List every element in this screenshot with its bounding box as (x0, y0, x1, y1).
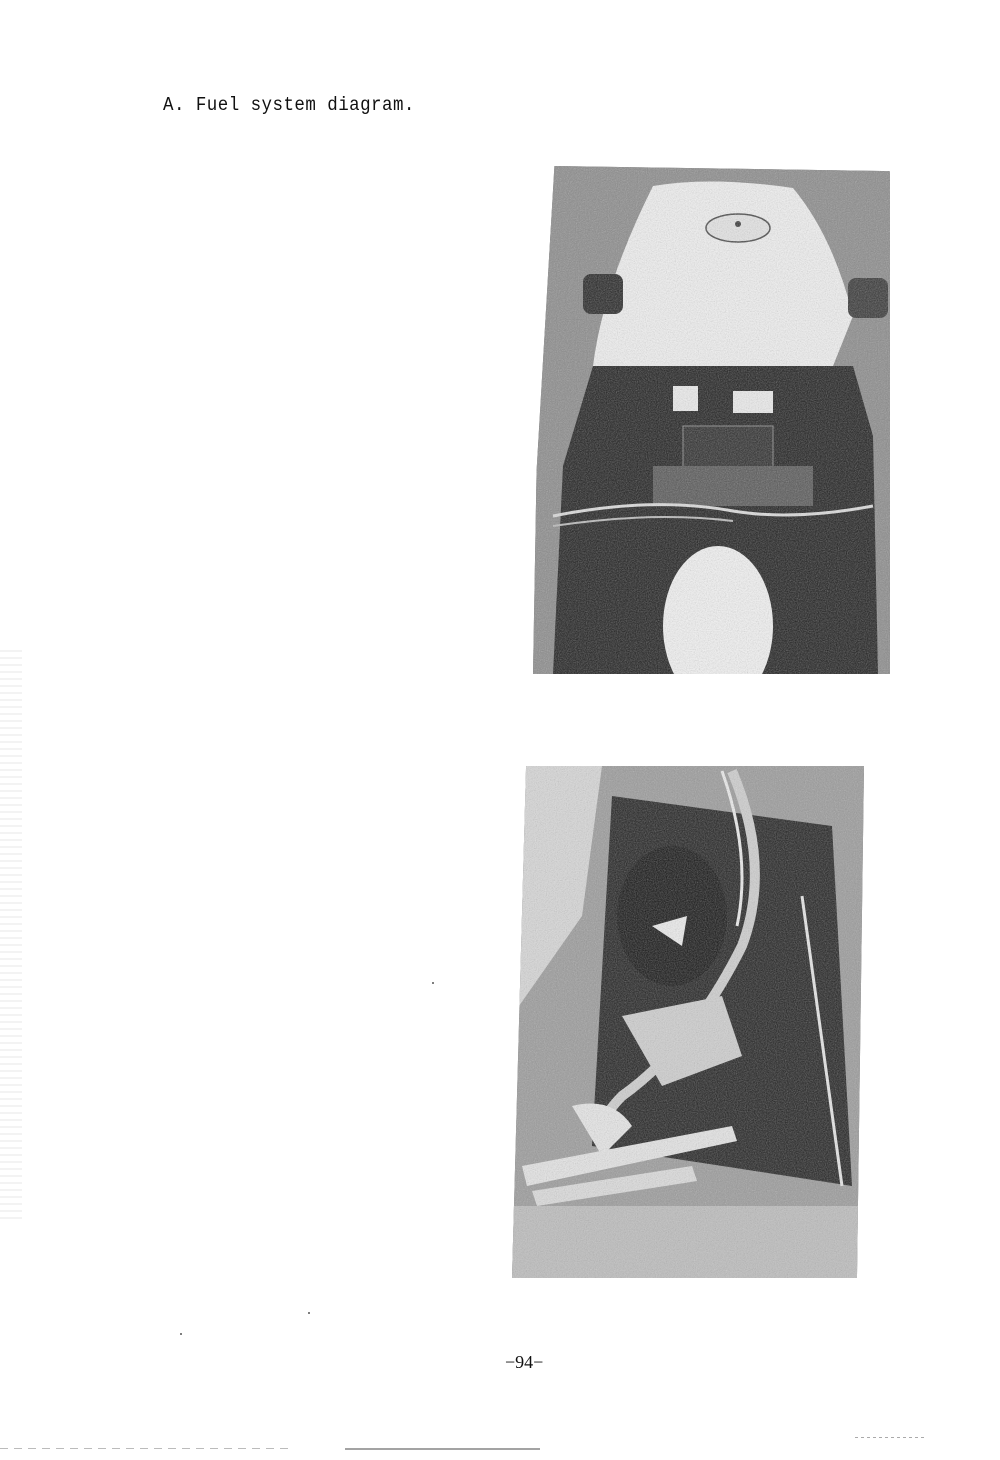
scan-artifact-line (0, 1448, 290, 1449)
figure-photo-seat-area (533, 166, 890, 674)
figure-photo-fuel-pump (512, 766, 864, 1278)
scan-artifact-line (855, 1437, 925, 1438)
scan-edge-noise (0, 650, 22, 1220)
scan-speck (308, 1312, 310, 1314)
scan-artifact-line (345, 1448, 540, 1450)
section-heading: A. Fuel system diagram. (163, 94, 415, 116)
photo-fuel-pump-image (512, 766, 864, 1278)
scan-speck (432, 982, 434, 984)
scan-speck (180, 1333, 182, 1335)
page-number: −94− (505, 1352, 543, 1373)
photo-seat-area-image (533, 166, 890, 674)
